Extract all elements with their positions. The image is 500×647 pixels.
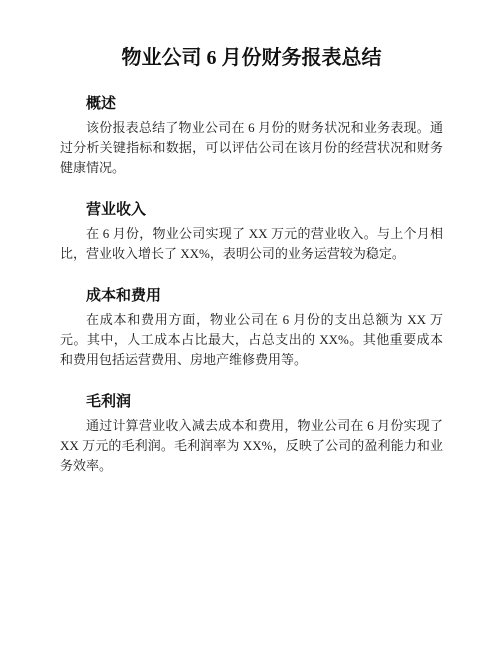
section-gross-profit-heading: 毛利润	[86, 392, 443, 412]
section-gross-profit: 毛利润 通过计算营业收入减去成本和费用，物业公司在 6 月份实现了 XX 万元的…	[60, 392, 443, 476]
document-page: 物业公司 6 月份财务报表总结 概述 该份报表总结了物业公司在 6 月份的财务状…	[0, 0, 500, 647]
section-revenue-paragraph: 在 6 月份，物业公司实现了 XX 万元的营业收入。与上个月相比，营业收入增长了…	[60, 224, 443, 264]
section-costs-expenses-paragraph: 在成本和费用方面，物业公司在 6 月份的支出总额为 XX 万元。其中，人工成本占…	[60, 310, 443, 370]
section-revenue: 营业收入 在 6 月份，物业公司实现了 XX 万元的营业收入。与上个月相比，营业…	[60, 200, 443, 264]
section-overview-paragraph: 该份报表总结了物业公司在 6 月份的财务状况和业务表现。通过分析关键指标和数据，…	[60, 118, 443, 178]
section-revenue-heading: 营业收入	[86, 200, 443, 220]
section-costs-expenses-heading: 成本和费用	[86, 286, 443, 306]
section-costs-expenses: 成本和费用 在成本和费用方面，物业公司在 6 月份的支出总额为 XX 万元。其中…	[60, 286, 443, 370]
document-title: 物业公司 6 月份财务报表总结	[60, 44, 443, 72]
section-gross-profit-paragraph: 通过计算营业收入减去成本和费用，物业公司在 6 月份实现了 XX 万元的毛利润。…	[60, 416, 443, 476]
section-overview: 概述 该份报表总结了物业公司在 6 月份的财务状况和业务表现。通过分析关键指标和…	[60, 94, 443, 178]
section-overview-heading: 概述	[86, 94, 443, 114]
